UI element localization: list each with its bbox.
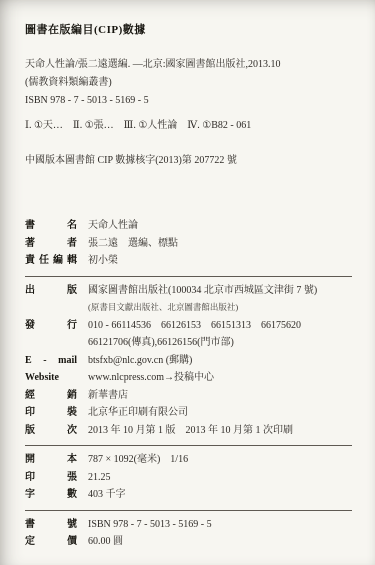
colophon-section: 開 本787 × 1092(毫米) 1/16印 張21.25字 數403 千字 — [25, 451, 352, 504]
colophon-row: 書 號ISBN 978 - 7 - 5013 - 5169 - 5 — [25, 516, 352, 534]
cip-entry-block: 天命人性論/張二遠選編. —北京:國家圖書館出版社,2013.10 (儒教資料類… — [25, 56, 352, 110]
colophon-row: 著 者張二遠 選編、標點 — [25, 235, 352, 253]
cip-entry-title-line: 天命人性論/張二遠選編. —北京:國家圖書館出版社,2013.10 — [25, 56, 352, 74]
row-value: 787 × 1092(毫米) 1/16 — [88, 451, 188, 469]
row-label: 版 次 — [25, 422, 77, 440]
section-divider — [25, 445, 352, 446]
colophon-row: 出 版國家圖書館出版社(100034 北京市西城區文津街 7 號)(原書目文獻出… — [25, 282, 352, 317]
colophon-row: 印 裝北京华正印刷有限公司 — [25, 404, 352, 422]
row-value: 60.00 圓 — [88, 533, 123, 551]
row-label: 字 數 — [25, 486, 77, 504]
book-copyright-page: 圖書在版編目(CIP)數據 天命人性論/張二遠選編. —北京:國家圖書館出版社,… — [0, 0, 375, 565]
row-value-line: 21.25 — [88, 469, 111, 487]
row-label: 印 裝 — [25, 404, 77, 422]
row-value-line: 60.00 圓 — [88, 533, 123, 551]
row-label: 印 張 — [25, 469, 77, 487]
colophon-row: 定 價60.00 圓 — [25, 533, 352, 551]
row-value: ISBN 978 - 7 - 5013 - 5169 - 5 — [88, 516, 212, 534]
colophon-section: 書 號ISBN 978 - 7 - 5013 - 5169 - 5定 價60.0… — [25, 516, 352, 551]
colophon-row: 字 數403 千字 — [25, 486, 352, 504]
row-value-line: 787 × 1092(毫米) 1/16 — [88, 451, 188, 469]
row-label: 出 版 — [25, 282, 77, 300]
row-value: 2013 年 10 月第 1 版 2013 年 10 月第 1 次印刷 — [88, 422, 293, 440]
cip-entry-isbn-line: ISBN 978 - 7 - 5013 - 5169 - 5 — [25, 92, 352, 110]
row-label: 開 本 — [25, 451, 77, 469]
section-divider — [25, 276, 352, 277]
row-value-line: btsfxb@nlc.gov.cn (郵購) — [88, 352, 192, 370]
cip-header: 圖書在版編目(CIP)數據 — [25, 0, 352, 37]
row-label: Website — [25, 369, 77, 387]
colophon-row: 印 張21.25 — [25, 469, 352, 487]
colophon-section: 書 名天命人性論著 者張二遠 選編、標點責任編輯初小榮 — [25, 217, 352, 270]
row-value-line: ISBN 978 - 7 - 5013 - 5169 - 5 — [88, 516, 212, 534]
row-value-line: 66121706(傳真),66126156(門市部) — [88, 334, 301, 352]
page-content: 圖書在版編目(CIP)數據 天命人性論/張二遠選編. —北京:國家圖書館出版社,… — [25, 0, 352, 551]
row-value-line: 010 - 66114536 66126153 66151313 6617562… — [88, 317, 301, 335]
row-value: btsfxb@nlc.gov.cn (郵購) — [88, 352, 192, 370]
colophon-section: 出 版國家圖書館出版社(100034 北京市西城區文津街 7 號)(原書目文獻出… — [25, 282, 352, 440]
row-value-line: (原書目文獻出版社、北京圖書館出版社) — [88, 299, 317, 317]
row-label: E - mail — [25, 352, 77, 370]
row-value-line: 403 千字 — [88, 486, 126, 504]
row-value-line: 天命人性論 — [88, 217, 138, 235]
row-value-line: 張二遠 選編、標點 — [88, 235, 178, 253]
colophon-row: 發 行010 - 66114536 66126153 66151313 6617… — [25, 317, 352, 352]
row-label: 責任編輯 — [25, 252, 77, 270]
colophon-row: Websitewww.nlcpress.com→投稿中心 — [25, 369, 352, 387]
section-divider — [25, 510, 352, 511]
row-label: 發 行 — [25, 317, 77, 335]
row-value: 新華書店 — [88, 387, 128, 405]
row-value-line: 國家圖書館出版社(100034 北京市西城區文津街 7 號) — [88, 282, 317, 300]
colophon-row: 責任編輯初小榮 — [25, 252, 352, 270]
row-value: 天命人性論 — [88, 217, 138, 235]
cip-record-number: 中國版本圖書館 CIP 數據核字(2013)第 207722 號 — [25, 152, 352, 170]
row-value: 國家圖書館出版社(100034 北京市西城區文津街 7 號)(原書目文獻出版社、… — [88, 282, 317, 317]
row-value-line: 新華書店 — [88, 387, 128, 405]
row-label: 書 名 — [25, 217, 77, 235]
row-value: www.nlcpress.com→投稿中心 — [88, 369, 214, 387]
row-label: 著 者 — [25, 235, 77, 253]
row-value-line: 北京华正印刷有限公司 — [88, 404, 188, 422]
row-value-line: 2013 年 10 月第 1 版 2013 年 10 月第 1 次印刷 — [88, 422, 293, 440]
row-label: 書 號 — [25, 516, 77, 534]
row-value: 010 - 66114536 66126153 66151313 6617562… — [88, 317, 301, 352]
colophon-row: 書 名天命人性論 — [25, 217, 352, 235]
row-value-line: 初小榮 — [88, 252, 118, 270]
cip-classification-line: Ⅰ. ①天… Ⅱ. ①張… Ⅲ. ①人性論 Ⅳ. ①B82 - 061 — [25, 117, 352, 135]
cip-entry-series-line: (儒教資料類編叢書) — [25, 74, 352, 92]
colophon-row: E - mailbtsfxb@nlc.gov.cn (郵購) — [25, 352, 352, 370]
colophon-row: 版 次2013 年 10 月第 1 版 2013 年 10 月第 1 次印刷 — [25, 422, 352, 440]
colophon-row: 經 銷新華書店 — [25, 387, 352, 405]
row-label: 定 價 — [25, 533, 77, 551]
row-value: 21.25 — [88, 469, 111, 487]
row-value: 初小榮 — [88, 252, 118, 270]
colophon: 書 名天命人性論著 者張二遠 選編、標點責任編輯初小榮出 版國家圖書館出版社(1… — [25, 217, 352, 551]
row-value: 北京华正印刷有限公司 — [88, 404, 188, 422]
colophon-row: 開 本787 × 1092(毫米) 1/16 — [25, 451, 352, 469]
row-value: 張二遠 選編、標點 — [88, 235, 178, 253]
row-value-line: www.nlcpress.com→投稿中心 — [88, 369, 214, 387]
row-value: 403 千字 — [88, 486, 126, 504]
row-label: 經 銷 — [25, 387, 77, 405]
